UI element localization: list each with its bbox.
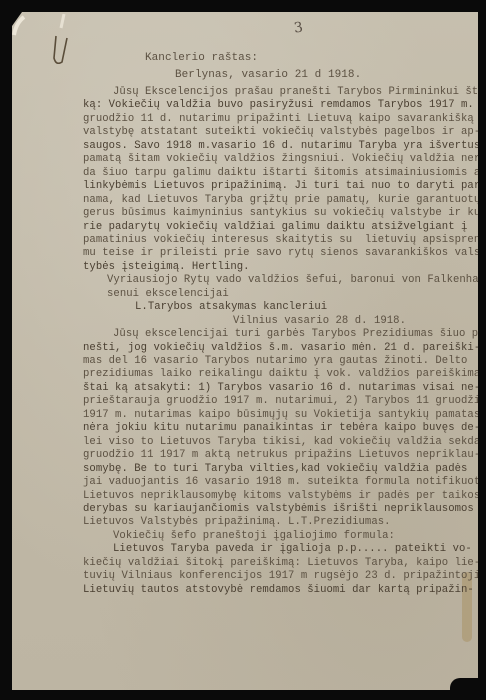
text-line: rie padarytų vokiečių valdžiai galimu da…	[83, 221, 467, 233]
text-line: Vokiečių šefo praneštoji įgaliojimo form…	[113, 530, 395, 542]
text-line: prezidiumas laiko reikalingu daiktu į vo…	[83, 368, 478, 380]
text-line: da šiuo tarpu galimu daiktu ištarti šito…	[83, 167, 478, 179]
text-line: nama, kad Lietuvos Taryba grįžtų prie pa…	[83, 194, 478, 206]
text-line: prieštarauja gruodžio 1917 m. nutarimui,…	[83, 395, 478, 407]
text-line: tuvių Vilniaus konferencijos 1917 m rugs…	[83, 570, 478, 582]
text-line: Jūsų Ekscelencijos prašau pranešti Taryb…	[113, 86, 478, 98]
text-line: tybės įsteigimą. Hertling.	[83, 261, 250, 273]
text-line: linkybėmis Lietuvos pripažinimą. Ji turi…	[83, 180, 478, 192]
text-line: saugos. Savo 1918 m.vasario 16 d. nutari…	[83, 140, 478, 152]
page-number-handwritten: 3	[293, 19, 304, 36]
text-line: pamatą šitam vokiečių valdžios žingsniui…	[83, 153, 478, 165]
text-line: valstybę atstatant suteikti vokiečių val…	[83, 126, 478, 138]
text-line: Vilnius vasario 28 d. 1918.	[233, 315, 406, 327]
text-line: L.Tarybos atsakymas kancleriui	[135, 301, 327, 313]
text-line: ką: Vokiečių valdžia buvo pasiryžusi rem…	[83, 99, 474, 111]
document-page: 3 Kanclerio raštas: Berlynas, vasario 21…	[12, 12, 478, 690]
text-line: mu teise ir prileisti prie savo rytų sie…	[83, 247, 478, 259]
text-line: štai ką atsakyti: 1) Tarybos vasario 16 …	[83, 382, 478, 394]
text-line: derybas su kariaujančiomis valstybėmis i…	[83, 503, 474, 515]
paper-stain	[462, 572, 472, 642]
text-line: nėra jokiu kitu nutarimu panaikintas ir …	[83, 422, 478, 434]
torn-corner	[450, 678, 478, 690]
text-line: jai vaduojantis 16 vasario 1918 m. sutei…	[83, 476, 478, 488]
text-line: kiečių valdžiai šitokį pareiškimą: Lietu…	[83, 557, 478, 569]
text-line: gruodžio 11 1917 m aktą netrukus pripaži…	[83, 449, 478, 461]
text-line: nešti, jog vokiečių valdžios š.m. vasari…	[83, 342, 478, 354]
text-line: Vyriausiojo Rytų vado valdžios šefui, ba…	[107, 274, 478, 286]
paper-curl-icon	[12, 15, 26, 37]
text-line: senui ekscelencijai	[107, 288, 229, 300]
text-line: somybę. Be to turi Taryba vilties,kad vo…	[83, 463, 467, 475]
text-line: Lietuvos nepriklausomybę kitoms valstybė…	[83, 490, 478, 502]
paperclip-icon	[48, 14, 70, 64]
text-line: pamatinius vokiečių interesus skaitytis …	[83, 234, 478, 246]
text-line: Jūsų ekscelencijai turi garbės Tarybos P…	[113, 328, 478, 340]
text-line: 1917 m. nutarimas kaipo būsimųjų su Voki…	[83, 409, 478, 421]
letter-title: Kanclerio raštas:	[145, 52, 258, 64]
text-line: Lietuvos Taryba paveda ir įgalioja p.p..…	[113, 543, 472, 555]
text-line: gruodžio 11 d. nutarimu pripažinti Lietu…	[83, 113, 474, 125]
text-line: Lietuvių tautos atstovybė remdamos šiuom…	[83, 584, 474, 596]
text-line: Lietuvos Valstybės pripažinimą. L.T.Prez…	[83, 516, 391, 528]
text-line: mas del 16 vasario Tarybos nutarimo yra …	[83, 355, 467, 367]
text-line: gerus būsimus kaimyninius santykius su v…	[83, 207, 478, 219]
letter-place-date: Berlynas, vasario 21 d 1918.	[175, 69, 361, 81]
text-line: lei viso to Lietuvos Taryba tikisi, kad …	[83, 436, 478, 448]
